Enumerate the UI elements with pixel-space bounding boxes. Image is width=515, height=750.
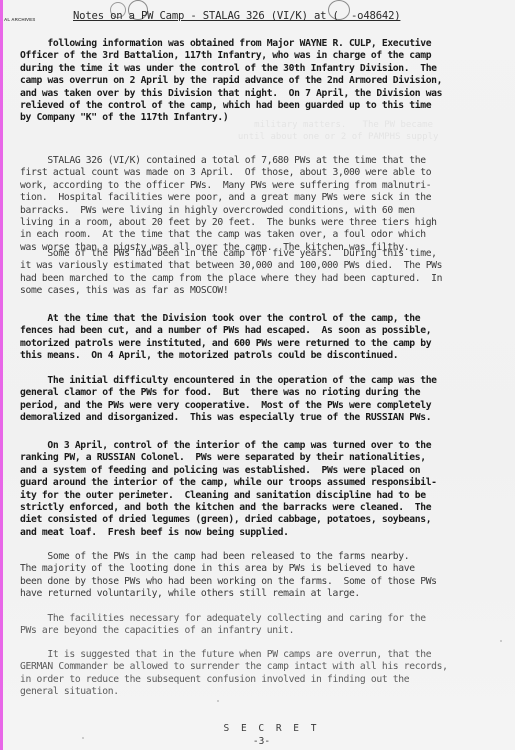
document-title: Notes on a PW Camp - STALAG 326 (VI/K) a…	[73, 10, 400, 22]
text-line: had been marched to the camp from the pl…	[20, 273, 500, 285]
text-line: following information was obtained from …	[20, 38, 500, 50]
text-line: demoralized and disorganized. This was e…	[20, 412, 500, 424]
text-line: STALAG 326 (VI/K) contained a total of 7…	[20, 155, 500, 167]
text-line: during the time it was under the control…	[20, 63, 500, 75]
paragraph: It is suggested that in the future when …	[20, 649, 500, 699]
archive-stamp: AL ARCHIVES	[4, 17, 35, 22]
scan-edge-strip	[0, 0, 3, 750]
text-line: guard around the interior of the camp, w…	[20, 477, 500, 489]
text-line: by Company "K" of the 117th Infantry.)	[20, 112, 500, 124]
text-line: period, and the PWs were very cooperativ…	[20, 400, 500, 412]
text-line: fences had been cut, and a number of PWs…	[20, 325, 500, 337]
text-line: been done by those PWs who had been work…	[20, 576, 500, 588]
text-line: ranking PW, a RUSSIAN Colonel. PWs were …	[20, 452, 500, 464]
text-line: first actual count was made on 3 April. …	[20, 167, 500, 179]
show-through-text: until about one or 2 of PAMPHS supply	[200, 132, 438, 142]
text-line: The initial difficulty encountered in th…	[20, 375, 500, 387]
document-page: AL ARCHIVES Notes on a PW Camp - STALAG …	[0, 0, 515, 750]
text-line: and meat loaf. Fresh beef is now being s…	[20, 527, 500, 539]
paragraph: At the time that the Division took over …	[20, 313, 500, 363]
text-line: Some of the PWs had been in the camp for…	[20, 248, 500, 260]
page-number: -3-	[0, 736, 515, 747]
text-line: The majority of the looting done in this…	[20, 563, 500, 575]
text-line: At the time that the Division took over …	[20, 313, 500, 325]
text-line: work, according to the officer PWs. Many…	[20, 180, 500, 192]
paragraph: The facilities necessary for adequately …	[20, 613, 500, 638]
paragraph: following information was obtained from …	[20, 38, 500, 125]
paper-speck	[500, 640, 502, 642]
paragraph: On 3 April, control of the interior of t…	[20, 440, 500, 539]
text-line: it was variously estimated that between …	[20, 260, 500, 272]
text-line: general clamor of the PWs for food. But …	[20, 387, 500, 399]
text-line: barracks. PWs were living in highly over…	[20, 205, 500, 217]
text-line: PWs are beyond the capacities of an infa…	[20, 625, 500, 637]
text-line: Officer of the 3rd Battalion, 117th Infa…	[20, 50, 500, 62]
text-line: GERMAN Commander be allowed to surrender…	[20, 661, 500, 673]
text-line: It is suggested that in the future when …	[20, 649, 500, 661]
paragraph: Some of the PWs in the camp had been rel…	[20, 551, 500, 601]
text-line: have returned voluntarily, while others …	[20, 588, 500, 600]
paper-speck	[82, 737, 84, 739]
text-line: motorized patrols were instituted, and 6…	[20, 338, 500, 350]
text-line: relieved of the control of the camp, whi…	[20, 100, 500, 112]
text-line: and a system of feeding and policing was…	[20, 465, 500, 477]
text-line: The facilities necessary for adequately …	[20, 613, 500, 625]
classification-marking: S E C R E T	[0, 723, 515, 734]
text-line: camp was overrun on 2 April by the rapid…	[20, 75, 500, 87]
paragraph: Some of the PWs had been in the camp for…	[20, 248, 500, 298]
text-line: and was taken over by this Division that…	[20, 88, 500, 100]
text-line: diet consisted of dried legumes (green),…	[20, 514, 500, 526]
text-line: in each room. At the time that the camp …	[20, 229, 500, 241]
text-line: this means. On 4 April, the motorized pa…	[20, 350, 500, 362]
paragraph: STALAG 326 (VI/K) contained a total of 7…	[20, 155, 500, 254]
text-line: some cases, this was as far as MOSCOW!	[20, 285, 500, 297]
paper-speck	[217, 700, 219, 702]
text-line: On 3 April, control of the interior of t…	[20, 440, 500, 452]
paragraph: The initial difficulty encountered in th…	[20, 375, 500, 425]
text-line: Some of the PWs in the camp had been rel…	[20, 551, 500, 563]
text-line: tion. Hospital facilities were poor, and…	[20, 192, 500, 204]
text-line: general situation.	[20, 686, 500, 698]
text-line: in order to reduce the subsequent confus…	[20, 674, 500, 686]
text-line: ity for the outer perimeter. Cleaning an…	[20, 490, 500, 502]
text-line: living in a room, about 20 feet by 20 fe…	[20, 217, 500, 229]
text-line: strictly enforced, and both the kitchen …	[20, 502, 500, 514]
